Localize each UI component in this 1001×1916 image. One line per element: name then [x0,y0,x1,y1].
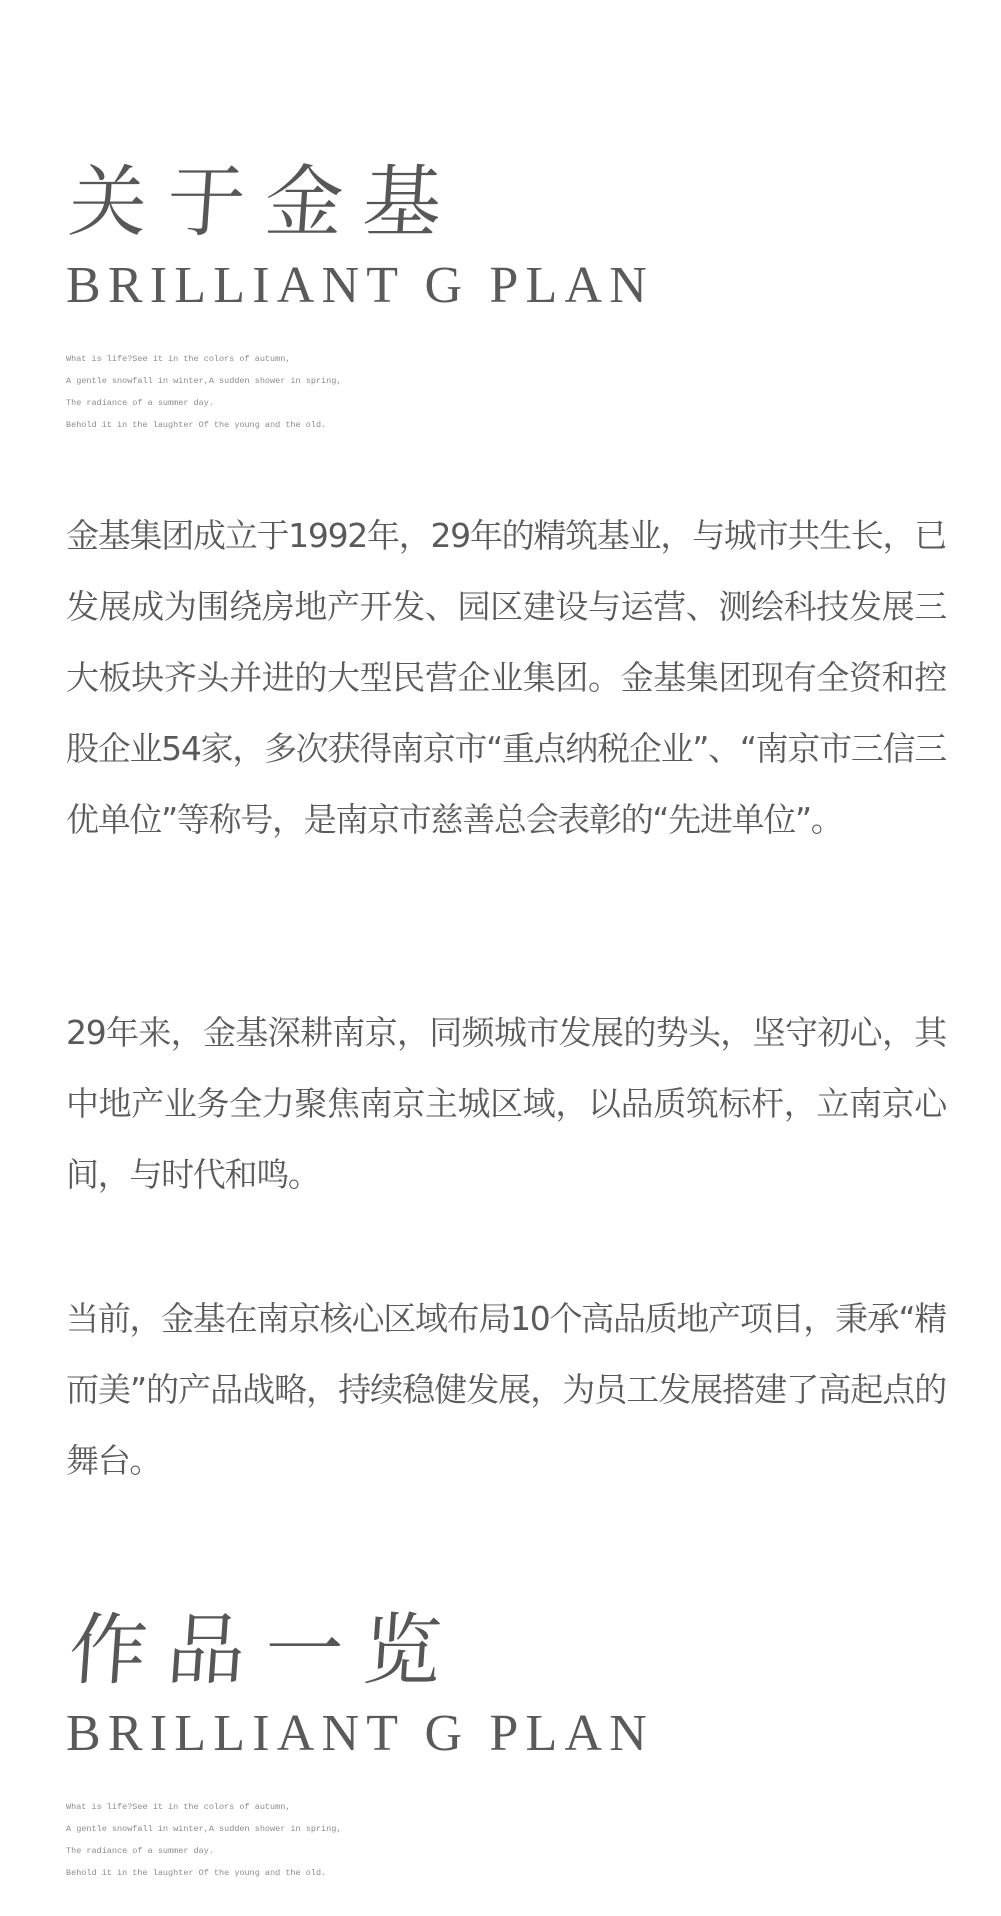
poem-line: The radiance of a summer day. [66,392,966,414]
brand-subtitle: BRILLIANT G PLAN [66,1706,966,1762]
brand-subtitle: BRILLIANT G PLAN [66,258,966,314]
poem-line: Behold it in the laughter Of the young a… [66,414,966,436]
poem-block: What is life?See it in the colors of aut… [66,1796,966,1884]
poem-line: Behold it in the laughter Of the young a… [66,1862,966,1884]
poem-line: A gentle snowfall in winter,A sudden sho… [66,1818,966,1840]
section-title-portfolio: 作品一览 [66,1606,972,1696]
poem-line: A gentle snowfall in winter,A sudden sho… [66,370,966,392]
poem-line: What is life?See it in the colors of aut… [66,348,966,370]
poem-block: What is life?See it in the colors of aut… [66,348,966,436]
current-status-paragraph: 当前，金基在南京核心区域布局10个高品质地产项目，秉承“精而美”的产品战略，持续… [66,1283,946,1496]
section-title-about: 关于金基 [66,158,972,248]
section-header-portfolio: 作品一览 BRILLIANT G PLAN What is life?See i… [66,1606,966,1884]
intro-paragraph: 金基集团成立于1992年，29年的精筑基业，与城市共生长，已发展成为围绕房地产开… [66,500,946,855]
poem-line: The radiance of a summer day. [66,1840,966,1862]
section-header-about: 关于金基 BRILLIANT G PLAN What is life?See i… [66,158,966,436]
history-paragraph: 29年来，金基深耕南京，同频城市发展的势头，坚守初心，其中地产业务全力聚焦南京主… [66,997,946,1210]
about-page: 关于金基 BRILLIANT G PLAN What is life?See i… [0,0,1001,1916]
poem-line: What is life?See it in the colors of aut… [66,1796,966,1818]
